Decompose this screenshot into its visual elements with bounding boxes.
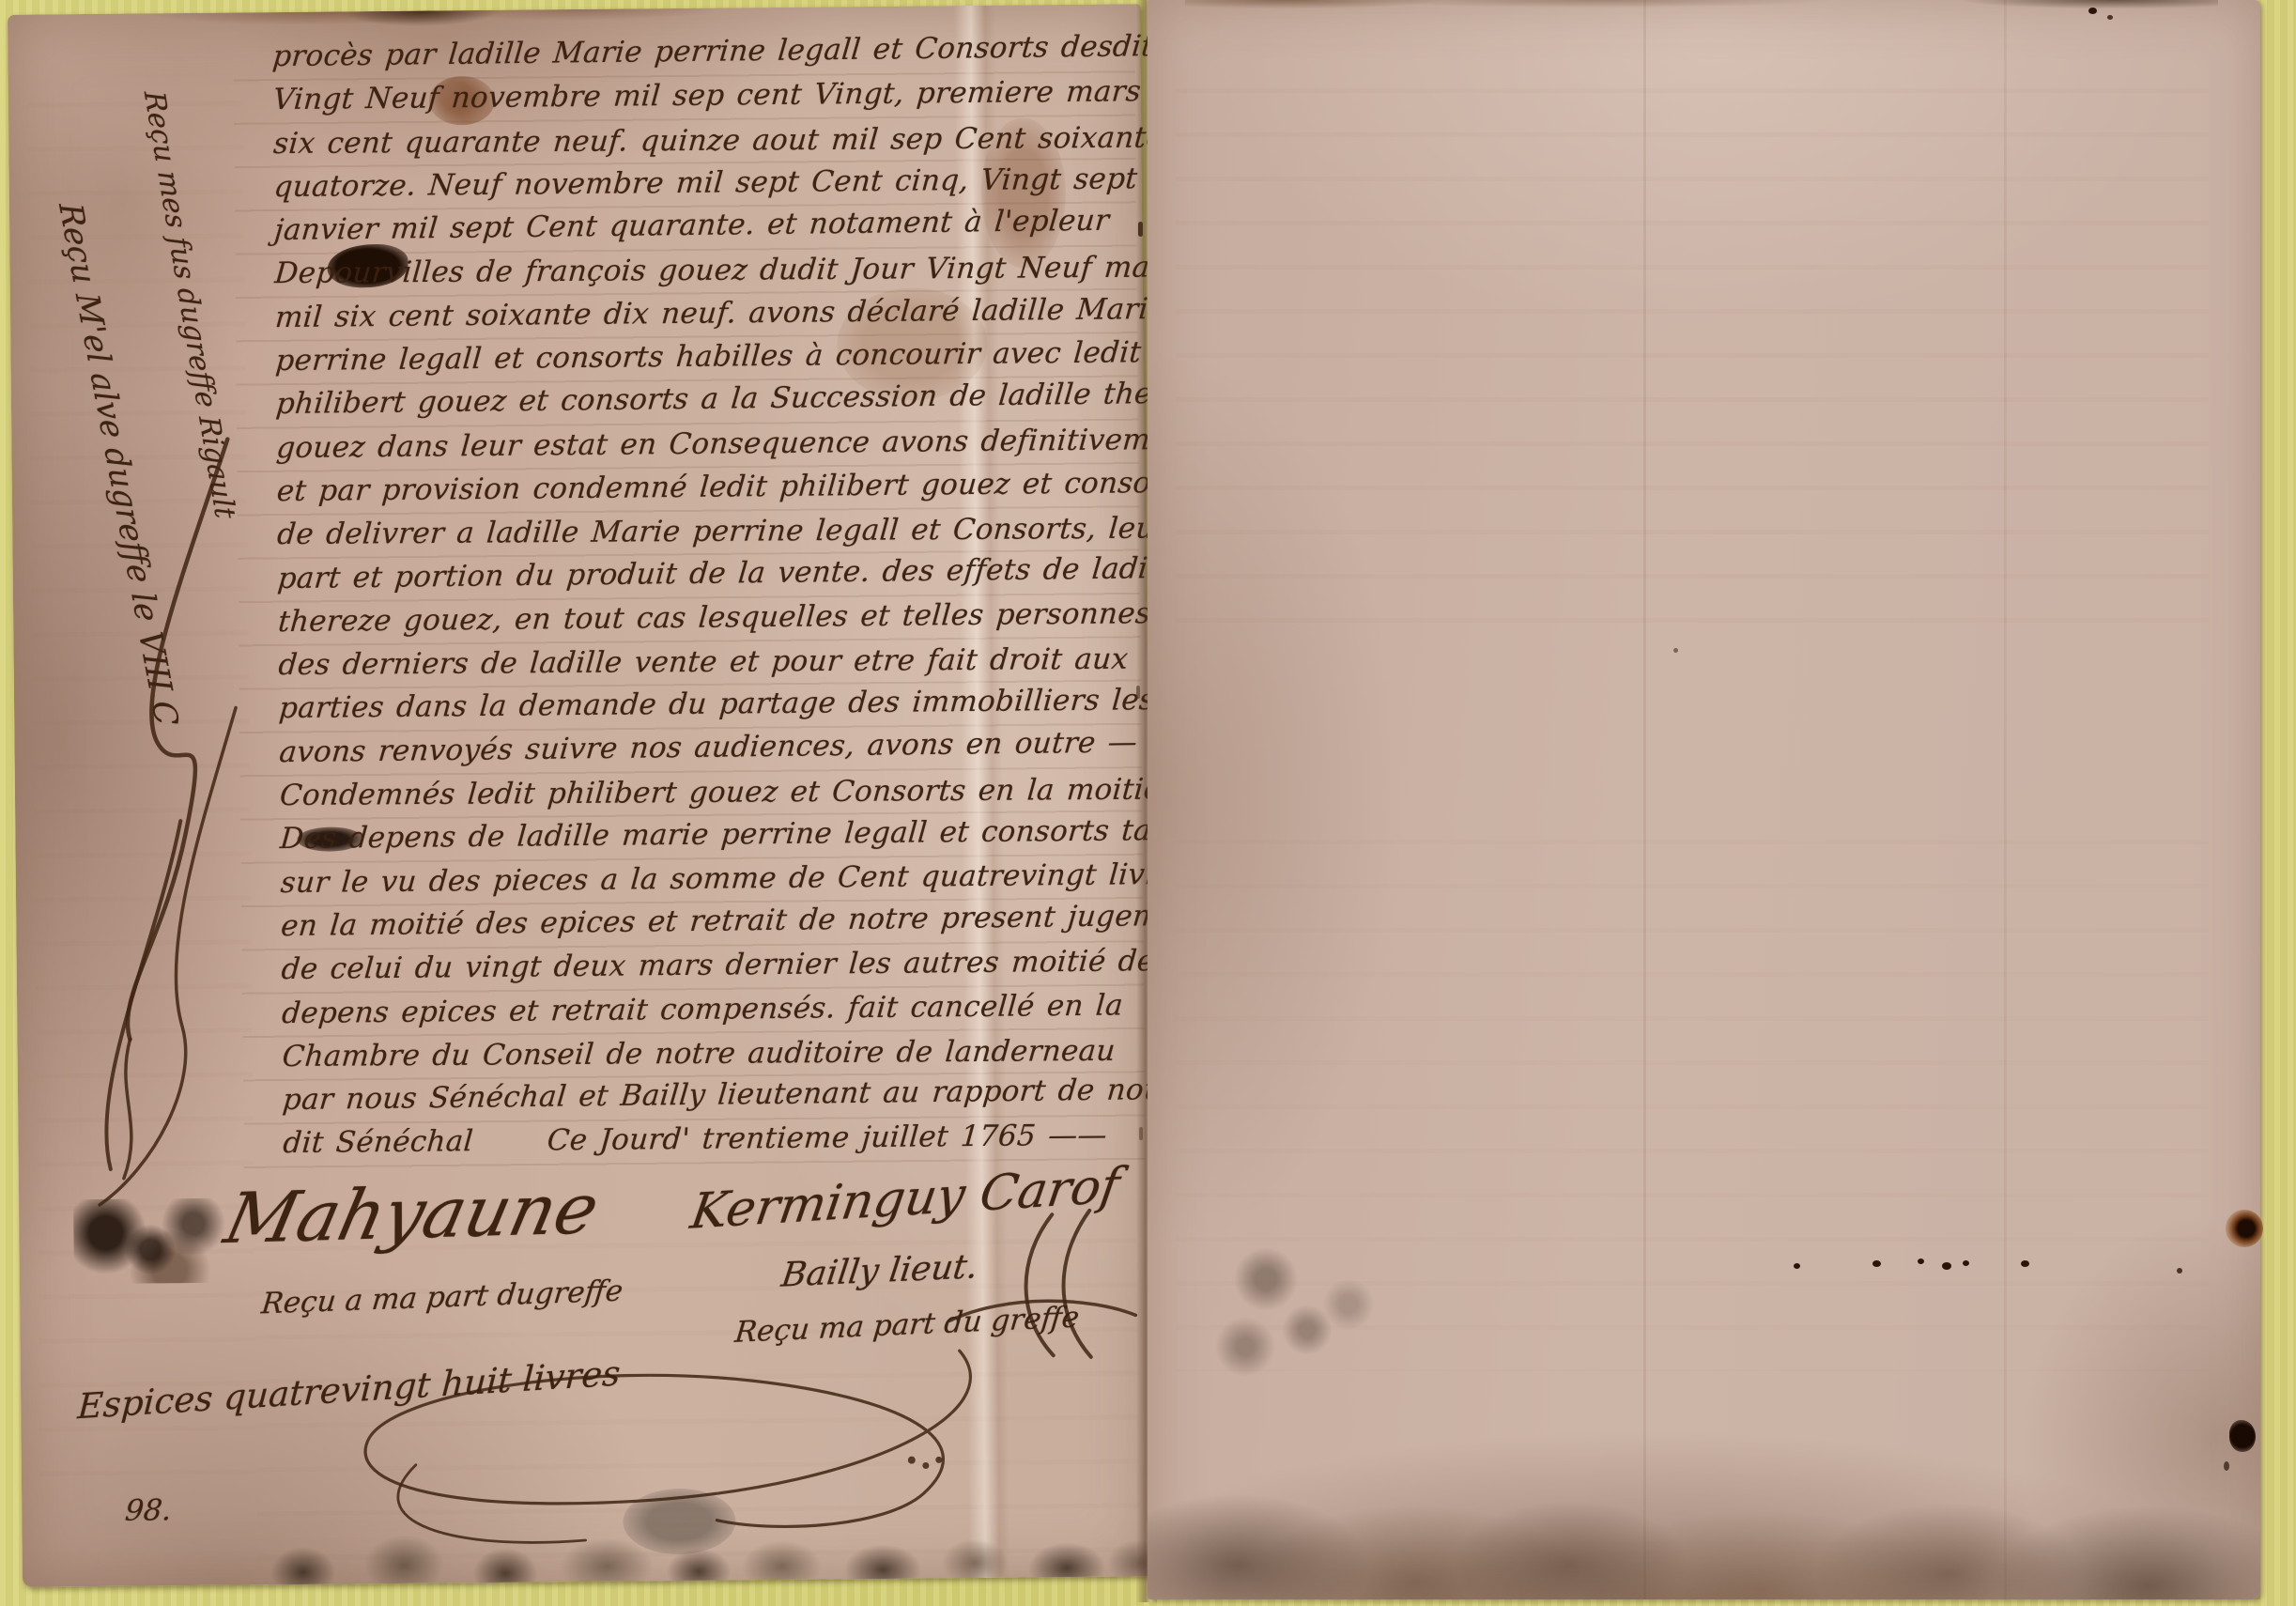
manuscript-line: janvier mil sept Cent quarante. et notam…	[272, 198, 1154, 252]
ink-blot	[2229, 1420, 2256, 1452]
ink-speck	[2224, 1461, 2229, 1471]
ink-speck	[2107, 15, 2113, 20]
page-number: 98.	[124, 1493, 174, 1528]
ink-speck	[1673, 648, 1678, 653]
bleedthrough-text	[1176, 808, 2209, 1371]
bailiff-paraph-flourish	[939, 1206, 1148, 1367]
ink-speck	[2177, 1268, 2182, 1274]
photograph-of-manuscript: procès par ladille Marie perrine legall …	[0, 0, 2296, 1606]
ink-speck	[1794, 1263, 1800, 1269]
signature-greffier-name: Mahyaune	[218, 1168, 606, 1259]
bleedthrough-text	[1176, 56, 2209, 657]
manuscript-body: procès par ladille Marie perrine legall …	[272, 26, 1162, 1166]
fold-crease	[1643, 0, 1646, 1599]
bottom-stain-band	[1148, 1428, 2260, 1599]
stitch-mark	[1139, 1127, 1143, 1140]
ink-speck	[2021, 1260, 2029, 1267]
manuscript-line: avons renvoyés suivre nos audiences, avo…	[277, 720, 1159, 774]
mold-speckle	[1204, 1212, 1410, 1381]
manuscript-line: et par provision condemné ledit philiber…	[275, 461, 1157, 513]
ink-speck	[1872, 1260, 1881, 1267]
manuscript-left-page: procès par ladille Marie perrine legall …	[8, 4, 1155, 1586]
stitch-mark	[1138, 222, 1143, 237]
margin-paraph-flourish	[34, 425, 267, 1235]
ink-speck	[1963, 1260, 1969, 1266]
manuscript-line: de celui du vingt deux mars dernier les …	[280, 939, 1162, 991]
manuscript-line: dit Sénéchal Ce Jourd' trentieme juillet…	[282, 1113, 1163, 1165]
ink-speck	[2088, 8, 2097, 14]
stitch-mark	[1136, 686, 1140, 699]
fold-crease	[2004, 0, 2007, 1599]
ink-speck	[1942, 1262, 1951, 1270]
torn-top-edge	[1185, 0, 2218, 13]
ink-speck	[1918, 1259, 1924, 1264]
burn-hole	[2226, 1210, 2263, 1247]
manuscript-line: philibert gouez et consorts a la Success…	[274, 373, 1156, 426]
manuscript-line: thereze gouez, en tout cas lesquelles et…	[276, 592, 1158, 643]
manuscript-right-page-blank	[1148, 0, 2260, 1599]
manuscript-line: depens epices et retrait compensés. fait…	[280, 983, 1162, 1035]
manuscript-line: Vingt Neuf novembre mil sep cent Vingt, …	[271, 69, 1153, 121]
